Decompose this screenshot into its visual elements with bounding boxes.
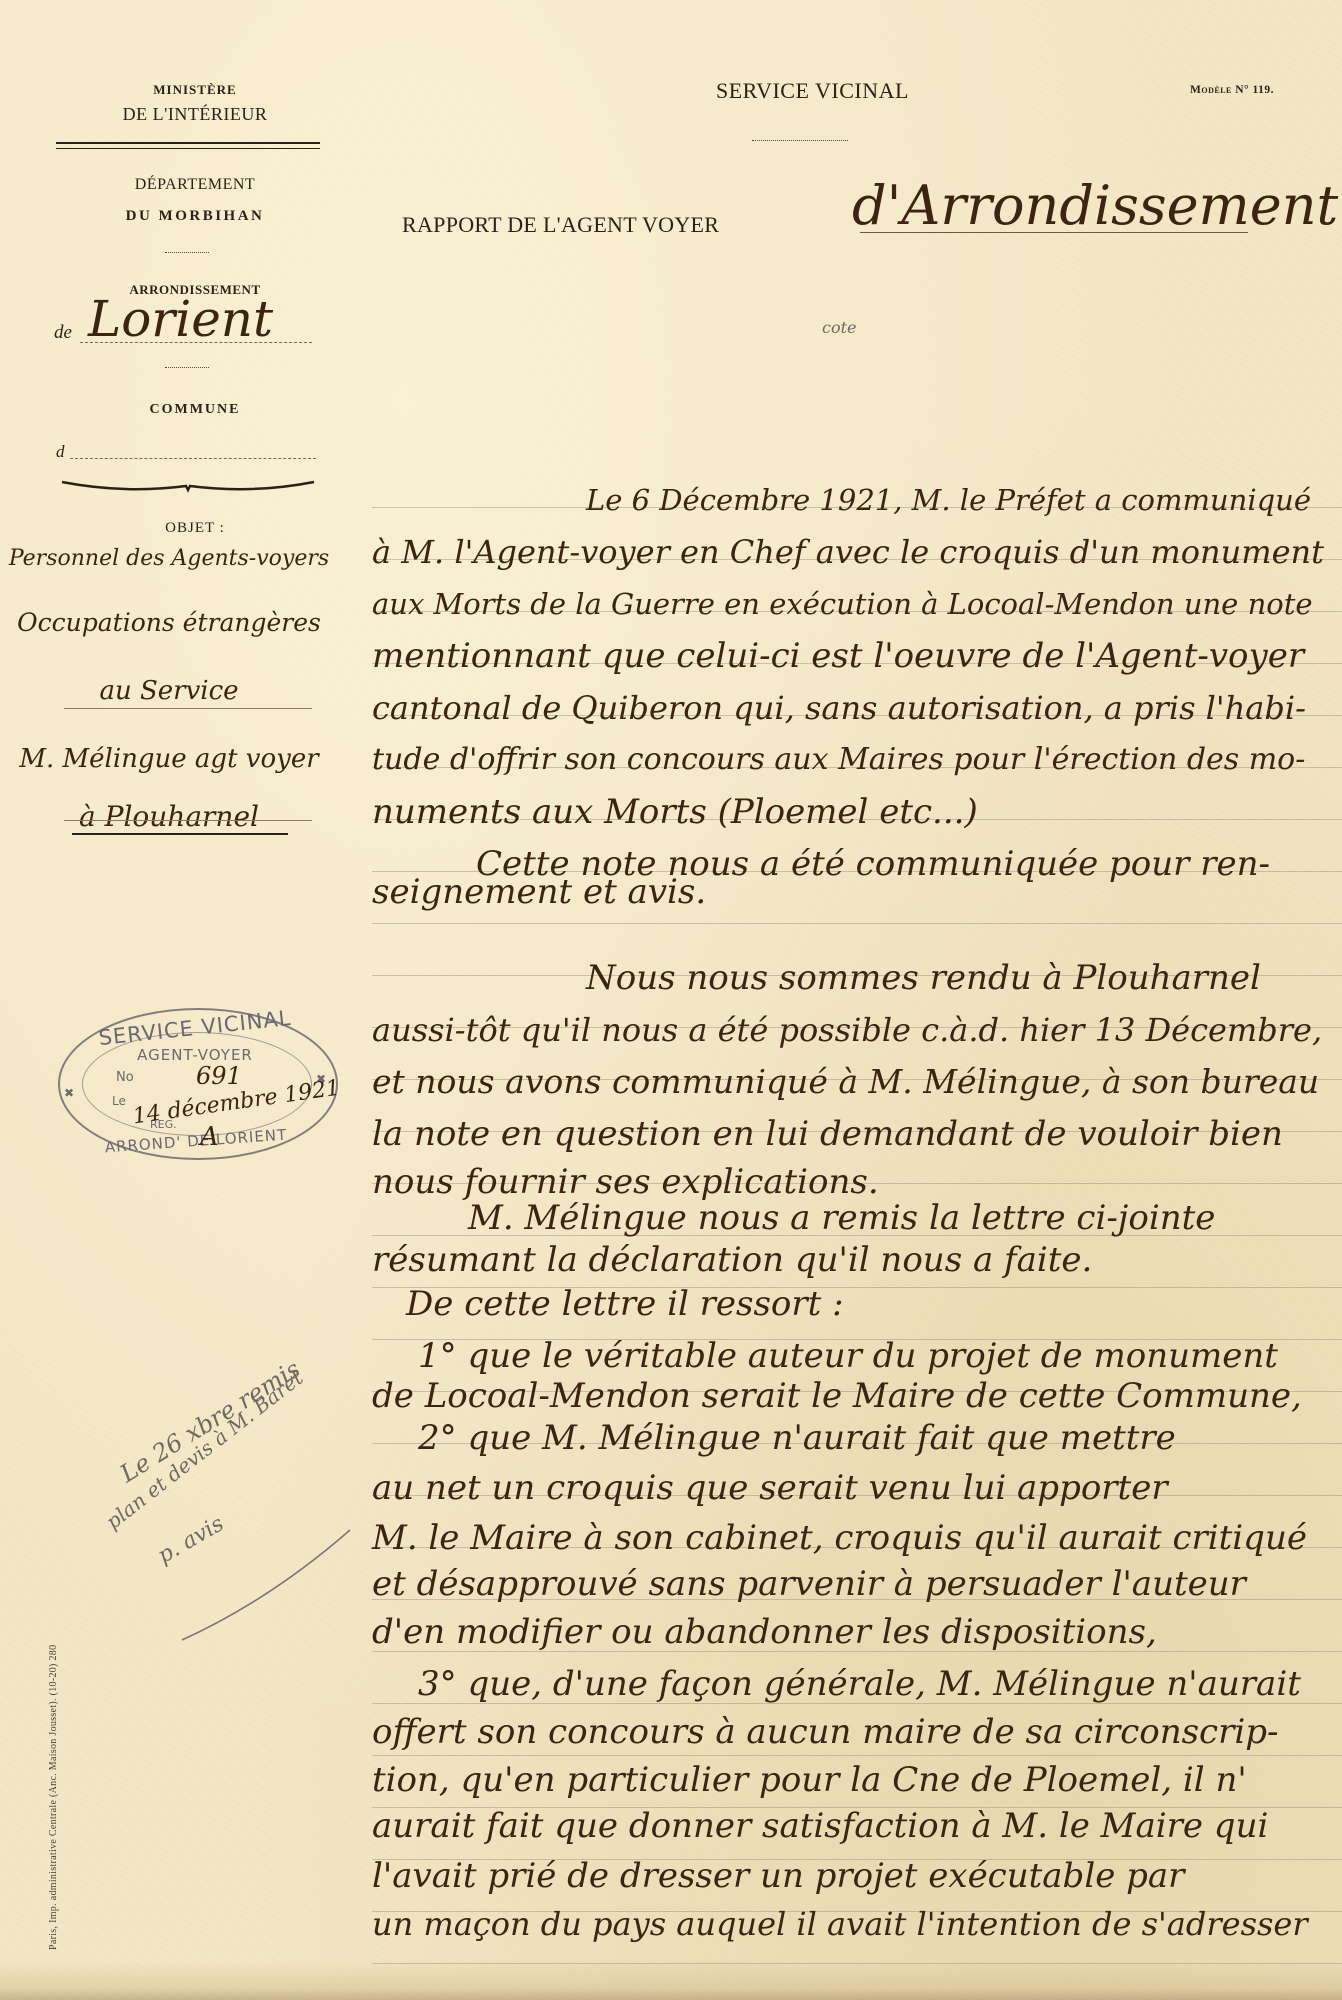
ministry-line-1: MINISTÈRE [60,82,330,98]
body-line: M. Mélingue nous a remis la lettre ci-jo… [468,1198,1215,1238]
arrondissement-value: Lorient [88,290,273,348]
printer-imprint: Paris, Imp. administrative Centrale (Anc… [48,1645,59,1950]
stamp-date-label: Le [112,1094,126,1108]
body-line: de Locoal-Mendon serait le Maire de cett… [372,1376,1302,1416]
form-model-number: Modèle N° 119. [1190,84,1274,96]
arrondissement-prefix: de [54,322,72,344]
body-line: tion, qu'en particulier pour la Cne de P… [372,1760,1247,1800]
body-line: l'avait prié de dresser un projet exécut… [372,1856,1184,1896]
objet-rule [64,820,312,821]
commune-label: COMMUNE [60,402,330,418]
objet-line: au Service [4,676,334,706]
body-line: un maçon du pays auquel il avait l'inten… [372,1904,1308,1944]
body-line: 1° que le véritable auteur du projet de … [418,1336,1278,1376]
objet-line: Occupations étrangères [4,608,334,637]
body-line: résumant la déclaration qu'il nous a fai… [372,1240,1092,1280]
pencil-mark: cote [822,318,857,337]
body-line: cantonal de Quiberon qui, sans autorisat… [372,688,1306,728]
objet-rule [64,708,312,709]
body-line: aux Morts de la Guerre en exécution à Lo… [372,584,1313,624]
stamp-number-value: 691 [196,1062,242,1090]
double-rule-divider [56,142,320,149]
ministry-line-2: DE L'INTÉRIEUR [60,104,330,125]
ornament-divider [165,367,209,370]
body-line: 2° que M. Mélingue n'aurait fait que met… [418,1418,1176,1458]
pencil-margin-note: Le 26 xbre remis plan et devis à M. Bare… [100,1340,360,1600]
commune-prefix: d [56,442,65,462]
stamp-register-value: A [200,1122,219,1152]
objet-label: OBJET : [60,520,330,537]
body-line: numents aux Morts (Ploemel etc...) [372,792,978,832]
body-line: Le 6 Décembre 1921, M. le Préfet a commu… [586,480,1311,520]
body-line: seignement et avis. [372,872,706,912]
objet-line: M. Mélingue agt voyer [4,744,334,774]
body-line: et désapprouvé sans parvenir à persuader… [372,1564,1246,1604]
torn-page-edge [0,1960,1342,2000]
body-line: et nous avons communiqué à M. Mélingue, … [372,1062,1319,1102]
objet-line: à Plouharnel [4,800,334,833]
body-line: tude d'offrir son concours aux Maires po… [372,740,1305,780]
body-line: offert son concours à aucun maire de sa … [372,1712,1278,1752]
body-line: mentionnant que celui-ci est l'oeuvre de… [372,636,1304,676]
body-line: nous fournir ses explications. [372,1162,879,1202]
stamp-number-label: No [116,1070,134,1085]
stamp-agent-text: AGENT-VOYER [110,1046,280,1064]
report-title-underline [860,232,1248,233]
department-label: DÉPARTEMENT [60,176,330,194]
stamp-star-icon: ✖ [64,1086,74,1101]
body-line: d'en modifier ou abandonner les disposit… [372,1612,1157,1652]
body-line: 3° que, d'une façon générale, M. Mélingu… [418,1664,1301,1704]
body-line: aurait fait que donner satisfaction à M.… [372,1806,1268,1846]
report-title-handwritten: d'Arrondissement [852,174,1338,237]
body-line: Nous nous sommes rendu à Plouharnel [586,958,1261,998]
commune-field-line [70,458,316,459]
brace-ornament [60,478,316,494]
body-line: à M. l'Agent-voyer en Chef avec le croqu… [372,532,1324,572]
pencil-underline-stroke [180,1490,360,1650]
body-line: M. le Maire à son cabinet, croquis qu'il… [372,1518,1307,1558]
ornament-divider [752,140,848,141]
body-line: au net un croquis que serait venu lui ap… [372,1468,1168,1508]
ornament-divider [165,252,209,255]
objet-underline [72,833,288,835]
body-line: la note en question en lui demandant de … [372,1114,1283,1154]
objet-line: Personnel des Agents-voyers [4,546,334,571]
body-line: De cette lettre il ressort : [406,1284,844,1324]
department-value: DU MORBIHAN [60,208,330,225]
body-line: aussi-tôt qu'il nous a été possible c.à.… [372,1010,1322,1050]
service-title: SERVICE VICINAL [716,78,909,104]
report-title: RAPPORT DE L'AGENT VOYER [402,212,719,238]
margin-note-line: Le 26 xbre remis [115,1355,305,1488]
